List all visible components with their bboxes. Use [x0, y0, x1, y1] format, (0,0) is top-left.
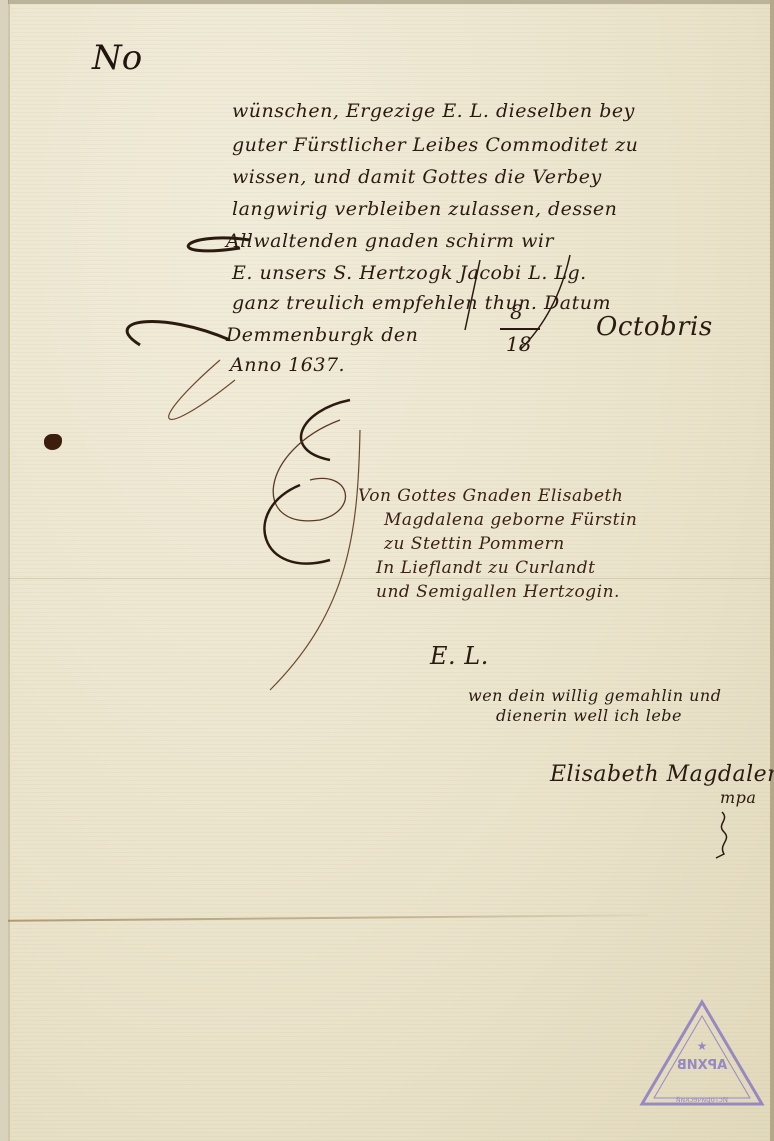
text-line-4: langwirig verbleiben zulassen, dessen	[232, 198, 617, 220]
signature-suffix: mpa	[720, 788, 756, 807]
text-line-6: E. unsers S. Hertzogk Jacobi L. Lg.	[232, 262, 587, 284]
triangle-stamp-icon: ★	[638, 998, 766, 1110]
text-line-5: Allwaltenden gnaden schirm wir	[226, 230, 554, 252]
svg-text:★: ★	[697, 1039, 708, 1053]
address-line-4: In Lieflandt zu Curlandt	[376, 558, 595, 578]
reference-mark: No	[92, 38, 142, 78]
year-text: Anno 1637.	[230, 354, 345, 376]
month-text: Octobris	[596, 312, 713, 342]
address-line-2: Magdalena geborne Fürstin	[384, 510, 637, 530]
address-line-5: und Semigallen Hertzogin.	[376, 582, 620, 602]
date-numerator: 8	[510, 300, 523, 324]
closing-line-2: dienerin well ich lebe	[496, 706, 682, 725]
fraction-bar	[500, 328, 540, 330]
page-right-edge	[770, 0, 774, 1141]
address-line-3: zu Stettin Pommern	[384, 534, 565, 554]
fold-crease-faint	[8, 578, 774, 579]
closing-line-1: wen dein willig gemahlin und	[468, 686, 721, 705]
text-line-8: Demmenburgk den	[226, 324, 418, 346]
address-line-1: Von Gottes Gnaden Elisabeth	[358, 486, 623, 506]
signature-name: Elisabeth Magdalena	[550, 762, 774, 787]
date-denominator: 18	[506, 332, 531, 356]
text-line-1: wünschen, Ergezige E. L. dieselben bey	[232, 100, 635, 122]
text-line-2: guter Fürstlicher Leibes Commoditet zu	[232, 134, 638, 156]
text-line-7: ganz treulich empfehlen thun. Datum	[232, 292, 611, 314]
stamp-title: АРХИВ	[638, 1058, 766, 1073]
archive-stamp: ★ АРХИВ Исторический	[638, 998, 766, 1110]
salutation: E. L.	[430, 642, 489, 670]
stamp-subtitle: Исторический	[638, 1096, 766, 1104]
text-line-3: wissen, und damit Gottes die Verbey	[232, 166, 602, 188]
